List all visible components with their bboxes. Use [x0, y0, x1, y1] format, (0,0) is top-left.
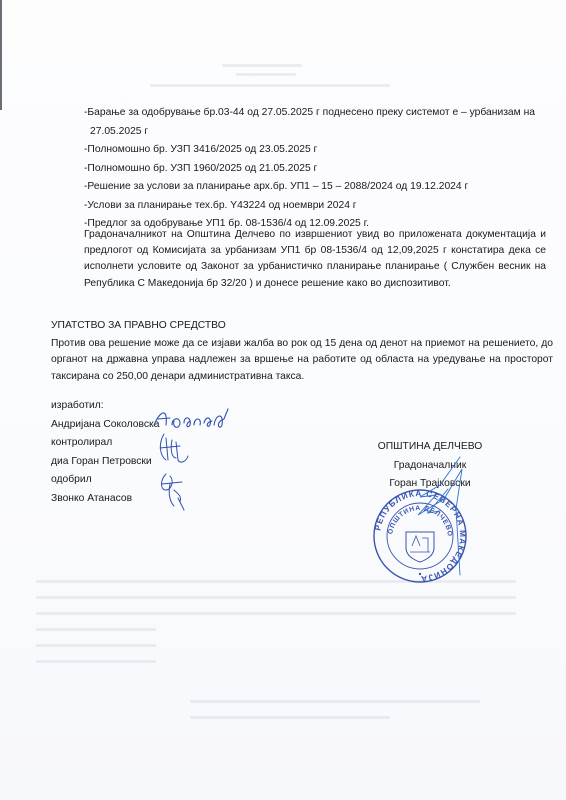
municipality-name: ОПШТИНА ДЕЛЧЕВО [360, 438, 500, 457]
bleed-through-mark [190, 700, 480, 703]
appeal-text: Против ова решение може да се изјави жал… [51, 336, 553, 385]
bleed-through-mark [36, 628, 156, 631]
reference-item-continuation: 27.05.2025 г [84, 123, 554, 142]
signature-checked-icon [154, 430, 194, 470]
bleed-through-mark [36, 596, 516, 599]
bleed-through-mark [36, 644, 156, 647]
reference-item: -Полномошно бр. УЗП 3416/2025 од 23.05.2… [84, 141, 554, 160]
prepared-name: Андријана Соколовска [51, 416, 159, 435]
bleed-through-mark [36, 612, 516, 615]
finding-paragraph: Градоначалникот на Општина Делчево по из… [84, 227, 546, 292]
approved-label: одобрил [51, 471, 159, 490]
signers-block: изработил: Андријана Соколовска контроли… [51, 397, 159, 509]
document-page: -Барање за одобрување бр.03-44 од 27.05.… [0, 0, 566, 800]
bleed-through-mark [150, 84, 390, 87]
reference-item: -Барање за одобрување бр.03-44 од 27.05.… [84, 104, 554, 123]
signature-mayor-icon [400, 455, 490, 585]
reference-item: -Услови за планирање тех.бр. Y43224 од н… [84, 197, 554, 216]
bleed-through-mark [36, 660, 156, 663]
bleed-through-mark [236, 73, 296, 76]
signature-approved-icon [152, 470, 192, 514]
approved-name: Звонко Атанасов [51, 490, 159, 509]
appeal-title: УПАТСТВО ЗА ПРАВНО СРЕДСТВО [51, 320, 226, 331]
reference-item: -Полномошно бр. УЗП 1960/2025 од 21.05.2… [84, 160, 554, 179]
bleed-through-mark [190, 716, 390, 719]
prepared-label: изработил: [51, 397, 159, 416]
reference-item: -Решение за услови за планирање арх.бр. … [84, 178, 554, 197]
scan-edge [0, 0, 2, 110]
checked-label: контролирал [51, 434, 159, 453]
bleed-through-mark [222, 64, 302, 67]
reference-list: -Барање за одобрување бр.03-44 од 27.05.… [84, 104, 554, 234]
checked-name: диа Горан Петровски [51, 453, 159, 472]
